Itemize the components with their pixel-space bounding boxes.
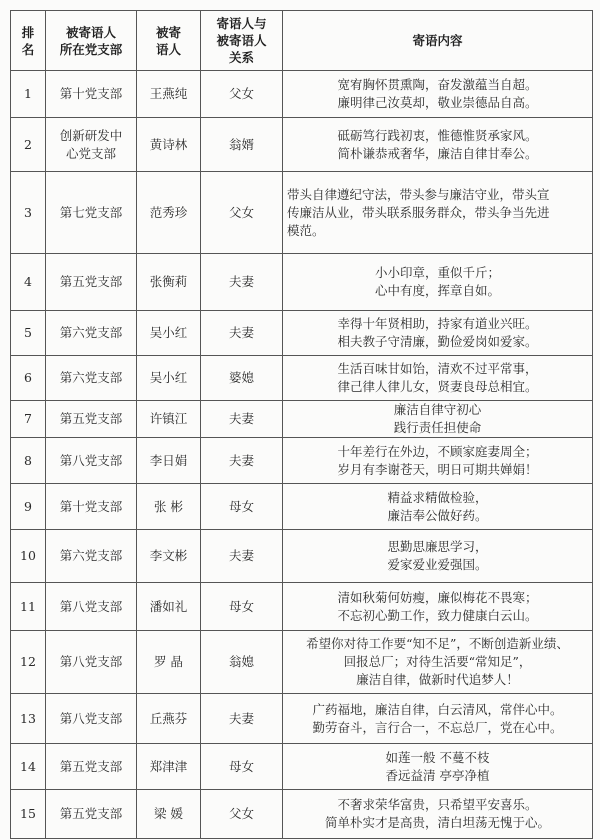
branch-line: 创新研发中 xyxy=(49,127,133,145)
content-line: 心中有度，挥章自如。 xyxy=(286,282,589,300)
rank-cell: 8 xyxy=(11,438,46,484)
rank-cell: 9 xyxy=(11,484,46,530)
rank-cell: 1 xyxy=(11,71,46,118)
recipient-name-cell: 梁 媛 xyxy=(137,790,201,839)
branch-line: 第八党支部 xyxy=(49,710,133,728)
branch-cell: 创新研发中心党支部 xyxy=(46,118,137,172)
rank-cell: 5 xyxy=(11,311,46,356)
table-body: 1第十党支部王燕纯父女宽宥胸怀贯熏陶，奋发激蕴当自超。廉明律己汝莫却，敬业崇德品… xyxy=(11,71,593,839)
relation-cell: 夫妻 xyxy=(201,694,283,744)
content-line: 清如秋菊何妨瘦，廉似梅花不畏寒； xyxy=(286,589,589,607)
content-line: 生活百味甘如饴，清欢不过平常事， xyxy=(286,360,589,378)
branch-line: 第五党支部 xyxy=(49,805,133,823)
branch-cell: 第十党支部 xyxy=(46,71,137,118)
content-line: 小小印章，重似千斤； xyxy=(286,264,589,282)
table-row: 5第六党支部吴小红夫妻幸得十年贤相助，持家有道业兴旺。相夫教子守清廉，勤俭爱岗如… xyxy=(11,311,593,356)
relation-cell: 翁媳 xyxy=(201,631,283,694)
branch-line: 第八党支部 xyxy=(49,653,133,671)
rank-cell: 10 xyxy=(11,530,46,583)
rank-cell: 12 xyxy=(11,631,46,694)
content-cell: 幸得十年贤相助，持家有道业兴旺。相夫教子守清廉，勤俭爱岗如爱家。 xyxy=(283,311,593,356)
branch-line: 第六党支部 xyxy=(49,324,133,342)
content-cell: 廉洁自律守初心践行责任担使命 xyxy=(283,401,593,438)
messages-table: 排 名 被寄语人 所在党支部 被寄 语人 寄语人与 被寄语人 关系 寄语内容 1… xyxy=(10,10,593,839)
rank-cell: 13 xyxy=(11,694,46,744)
content-line: 十年差行在外边，不顾家庭妻周全； xyxy=(286,443,589,461)
branch-line: 第五党支部 xyxy=(49,410,133,428)
content-line: 如莲一般 不蔓不枝 xyxy=(286,749,589,767)
table-row: 2创新研发中心党支部黄诗林翁婿砥砺笃行践初衷，惟德惟贤承家风。简朴谦恭戒奢华，廉… xyxy=(11,118,593,172)
relation-cell: 夫妻 xyxy=(201,254,283,311)
branch-cell: 第六党支部 xyxy=(46,311,137,356)
header-content: 寄语内容 xyxy=(283,11,593,71)
rank-cell: 11 xyxy=(11,583,46,631)
recipient-name-cell: 许镇江 xyxy=(137,401,201,438)
rank-cell: 6 xyxy=(11,356,46,401)
content-line: 模范。 xyxy=(287,222,589,240)
content-line: 砥砺笃行践初衷，惟德惟贤承家风。 xyxy=(286,127,589,145)
content-line: 廉明律己汝莫却，敬业崇德品自高。 xyxy=(286,94,589,112)
branch-cell: 第十党支部 xyxy=(46,484,137,530)
branch-cell: 第七党支部 xyxy=(46,172,137,254)
table-row: 13第八党支部丘燕芬夫妻广药福地，廉洁自律，白云清风，常伴心中。勤劳奋斗，言行合… xyxy=(11,694,593,744)
relation-cell: 母女 xyxy=(201,583,283,631)
branch-cell: 第六党支部 xyxy=(46,530,137,583)
content-line: 香远益清 亭亭净植 xyxy=(286,767,589,785)
rank-cell: 14 xyxy=(11,744,46,790)
recipient-name-cell: 张 彬 xyxy=(137,484,201,530)
branch-line: 第七党支部 xyxy=(49,204,133,222)
recipient-name-cell: 黄诗林 xyxy=(137,118,201,172)
content-line: 勤劳奋斗，言行合一，不忘总厂，党在心中。 xyxy=(286,719,589,737)
header-branch: 被寄语人 所在党支部 xyxy=(46,11,137,71)
branch-cell: 第六党支部 xyxy=(46,356,137,401)
content-cell: 带头自律遵纪守法，带头参与廉洁守业，带头宣传廉洁从业，带头联系服务群众，带头争当… xyxy=(283,172,593,254)
branch-cell: 第五党支部 xyxy=(46,790,137,839)
content-line: 带头自律遵纪守法，带头参与廉洁守业，带头宣 xyxy=(287,186,589,204)
recipient-name-cell: 张衡莉 xyxy=(137,254,201,311)
content-cell: 宽宥胸怀贯熏陶，奋发激蕴当自超。廉明律己汝莫却，敬业崇德品自高。 xyxy=(283,71,593,118)
table-row: 10第六党支部李文彬夫妻思勤思廉思学习，爱家爱业爱强国。 xyxy=(11,530,593,583)
content-cell: 希望你对待工作要“知不足”，不断创造新业绩、回报总厂；对待生活要“常知足”，廉洁… xyxy=(283,631,593,694)
relation-cell: 父女 xyxy=(201,790,283,839)
table-row: 3第七党支部范秀珍父女带头自律遵纪守法，带头参与廉洁守业，带头宣传廉洁从业，带头… xyxy=(11,172,593,254)
recipient-name-cell: 范秀珍 xyxy=(137,172,201,254)
branch-cell: 第五党支部 xyxy=(46,744,137,790)
content-line: 宽宥胸怀贯熏陶，奋发激蕴当自超。 xyxy=(286,76,589,94)
content-line: 广药福地，廉洁自律，白云清风，常伴心中。 xyxy=(286,701,589,719)
content-line: 不忘初心勤工作，致力健康白云山。 xyxy=(286,607,589,625)
relation-cell: 父女 xyxy=(201,172,283,254)
branch-cell: 第五党支部 xyxy=(46,401,137,438)
relation-cell: 夫妻 xyxy=(201,530,283,583)
content-line: 精益求精做检验， xyxy=(286,489,589,507)
branch-line: 第十党支部 xyxy=(49,85,133,103)
content-cell: 小小印章，重似千斤；心中有度，挥章自如。 xyxy=(283,254,593,311)
header-row: 排 名 被寄语人 所在党支部 被寄 语人 寄语人与 被寄语人 关系 寄语内容 xyxy=(11,11,593,71)
recipient-name-cell: 吴小红 xyxy=(137,311,201,356)
rank-cell: 7 xyxy=(11,401,46,438)
rank-cell: 15 xyxy=(11,790,46,839)
content-line: 岁月有李谢苍天，明日可期共婵娟！ xyxy=(286,461,589,479)
content-cell: 精益求精做检验，廉洁奉公做好药。 xyxy=(283,484,593,530)
branch-cell: 第五党支部 xyxy=(46,254,137,311)
branch-line: 第六党支部 xyxy=(49,547,133,565)
recipient-name-cell: 罗 晶 xyxy=(137,631,201,694)
content-line: 廉洁奉公做好药。 xyxy=(286,507,589,525)
branch-line: 第六党支部 xyxy=(49,369,133,387)
branch-line: 第五党支部 xyxy=(49,273,133,291)
table-row: 15第五党支部梁 媛父女不奢求荣华富贵，只希望平安喜乐。简单朴实才是高贵，清白坦… xyxy=(11,790,593,839)
table-row: 4第五党支部张衡莉夫妻小小印章，重似千斤；心中有度，挥章自如。 xyxy=(11,254,593,311)
recipient-name-cell: 李日娟 xyxy=(137,438,201,484)
branch-line: 心党支部 xyxy=(49,145,133,163)
rank-cell: 3 xyxy=(11,172,46,254)
recipient-name-cell: 丘燕芬 xyxy=(137,694,201,744)
content-line: 回报总厂；对待生活要“常知足”， xyxy=(286,653,589,671)
recipient-name-cell: 王燕纯 xyxy=(137,71,201,118)
content-cell: 如莲一般 不蔓不枝香远益清 亭亭净植 xyxy=(283,744,593,790)
content-line: 思勤思廉思学习， xyxy=(286,538,589,556)
content-line: 廉洁自律守初心 xyxy=(286,401,589,419)
rank-cell: 4 xyxy=(11,254,46,311)
branch-line: 第八党支部 xyxy=(49,452,133,470)
content-line: 希望你对待工作要“知不足”，不断创造新业绩、 xyxy=(286,635,589,653)
content-cell: 不奢求荣华富贵，只希望平安喜乐。简单朴实才是高贵，清白坦荡无愧于心。 xyxy=(283,790,593,839)
content-line: 践行责任担使命 xyxy=(286,419,589,437)
content-line: 传廉洁从业，带头联系服务群众，带头争当先进 xyxy=(287,204,589,222)
header-relation: 寄语人与 被寄语人 关系 xyxy=(201,11,283,71)
relation-cell: 翁婿 xyxy=(201,118,283,172)
rank-cell: 2 xyxy=(11,118,46,172)
content-cell: 十年差行在外边，不顾家庭妻周全；岁月有李谢苍天，明日可期共婵娟！ xyxy=(283,438,593,484)
content-cell: 清如秋菊何妨瘦，廉似梅花不畏寒；不忘初心勤工作，致力健康白云山。 xyxy=(283,583,593,631)
header-recipient: 被寄 语人 xyxy=(137,11,201,71)
relation-cell: 夫妻 xyxy=(201,438,283,484)
table-row: 6第六党支部吴小红婆媳生活百味甘如饴，清欢不过平常事，律己律人律儿女，贤妻良母总… xyxy=(11,356,593,401)
branch-cell: 第八党支部 xyxy=(46,631,137,694)
content-line: 简单朴实才是高贵，清白坦荡无愧于心。 xyxy=(286,814,589,832)
table-row: 9第十党支部张 彬母女精益求精做检验，廉洁奉公做好药。 xyxy=(11,484,593,530)
recipient-name-cell: 李文彬 xyxy=(137,530,201,583)
relation-cell: 夫妻 xyxy=(201,401,283,438)
table-row: 11第八党支部潘如礼母女清如秋菊何妨瘦，廉似梅花不畏寒；不忘初心勤工作，致力健康… xyxy=(11,583,593,631)
relation-cell: 夫妻 xyxy=(201,311,283,356)
branch-cell: 第八党支部 xyxy=(46,694,137,744)
content-cell: 广药福地，廉洁自律，白云清风，常伴心中。勤劳奋斗，言行合一，不忘总厂，党在心中。 xyxy=(283,694,593,744)
recipient-name-cell: 郑津津 xyxy=(137,744,201,790)
relation-cell: 婆媳 xyxy=(201,356,283,401)
branch-line: 第五党支部 xyxy=(49,758,133,776)
table-row: 12第八党支部罗 晶翁媳希望你对待工作要“知不足”，不断创造新业绩、回报总厂；对… xyxy=(11,631,593,694)
table-row: 8第八党支部李日娟夫妻十年差行在外边，不顾家庭妻周全；岁月有李谢苍天，明日可期共… xyxy=(11,438,593,484)
table-row: 7第五党支部许镇江夫妻廉洁自律守初心践行责任担使命 xyxy=(11,401,593,438)
header-rank: 排 名 xyxy=(11,11,46,71)
relation-cell: 母女 xyxy=(201,744,283,790)
content-line: 爱家爱业爱强国。 xyxy=(286,556,589,574)
recipient-name-cell: 吴小红 xyxy=(137,356,201,401)
branch-cell: 第八党支部 xyxy=(46,438,137,484)
content-cell: 生活百味甘如饴，清欢不过平常事，律己律人律儿女，贤妻良母总相宜。 xyxy=(283,356,593,401)
branch-cell: 第八党支部 xyxy=(46,583,137,631)
content-line: 廉洁自律，做新时代追梦人！ xyxy=(286,671,589,689)
branch-line: 第八党支部 xyxy=(49,598,133,616)
table-row: 1第十党支部王燕纯父女宽宥胸怀贯熏陶，奋发激蕴当自超。廉明律己汝莫却，敬业崇德品… xyxy=(11,71,593,118)
content-line: 律己律人律儿女，贤妻良母总相宜。 xyxy=(286,378,589,396)
content-line: 相夫教子守清廉，勤俭爱岗如爱家。 xyxy=(286,333,589,351)
content-cell: 思勤思廉思学习，爱家爱业爱强国。 xyxy=(283,530,593,583)
table-row: 14第五党支部郑津津母女如莲一般 不蔓不枝香远益清 亭亭净植 xyxy=(11,744,593,790)
branch-line: 第十党支部 xyxy=(49,498,133,516)
relation-cell: 母女 xyxy=(201,484,283,530)
content-line: 不奢求荣华富贵，只希望平安喜乐。 xyxy=(286,796,589,814)
content-line: 幸得十年贤相助，持家有道业兴旺。 xyxy=(286,315,589,333)
relation-cell: 父女 xyxy=(201,71,283,118)
content-cell: 砥砺笃行践初衷，惟德惟贤承家风。简朴谦恭戒奢华，廉洁自律甘奉公。 xyxy=(283,118,593,172)
recipient-name-cell: 潘如礼 xyxy=(137,583,201,631)
content-line: 简朴谦恭戒奢华，廉洁自律甘奉公。 xyxy=(286,145,589,163)
